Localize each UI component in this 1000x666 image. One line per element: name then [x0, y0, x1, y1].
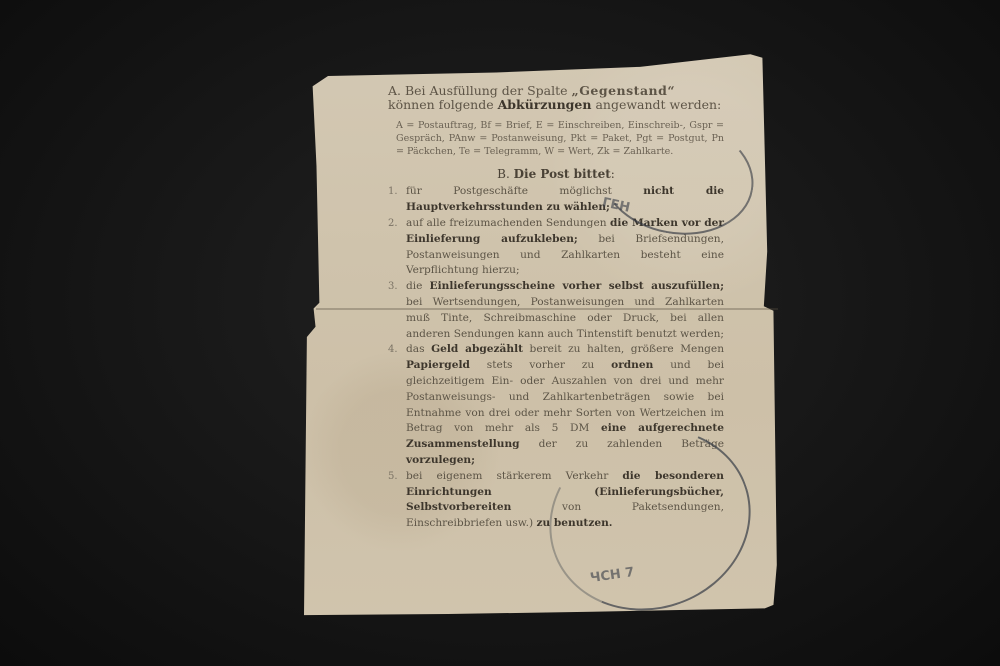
rule-text-bold: ordnen [611, 359, 653, 371]
rule-text-bold: Geld abgezählt [431, 343, 523, 355]
rule-number: 5. [388, 469, 398, 485]
rule-number: 1. [388, 184, 398, 200]
rule-text-bold: Papiergeld [406, 359, 470, 371]
section-a-heading: A. Bei Ausfüllung der Spalte „Gegenstand… [388, 84, 724, 112]
rule-text: bereit zu halten, größere Mengen [523, 343, 724, 355]
rule-text: auf alle freizumachenden Sendungen [406, 217, 610, 229]
rule-text: die [406, 280, 430, 292]
rule-number: 3. [388, 279, 398, 295]
section-a-abbreviations-bold: Abkürzungen [498, 97, 592, 112]
rule-text: stets vorher zu [470, 359, 611, 371]
rule-text: bei Wertsendungen, Postanweisungen und Z… [406, 296, 724, 340]
section-a-line2-prefix: können folgende [388, 97, 494, 112]
section-a-heading-prefix: A. Bei Ausfüllung der Spalte [388, 83, 568, 98]
section-a-line2-suffix: angewandt werden: [595, 97, 721, 112]
section-b-title: Die Post bittet [514, 167, 611, 181]
rule-text-bold: Einlieferungsscheine vorher selbst auszu… [430, 280, 724, 292]
rule-number: 4. [388, 342, 398, 358]
section-b-label: B. [497, 167, 510, 181]
rule-text-bold: vorzulegen; [406, 454, 475, 466]
rule-text: das [406, 343, 431, 355]
section-a-heading-term: „Gegenstand“ [572, 83, 676, 98]
rule-number: 2. [388, 216, 398, 232]
rule-item: 3. die Einlieferungsscheine vorher selbs… [388, 279, 724, 342]
